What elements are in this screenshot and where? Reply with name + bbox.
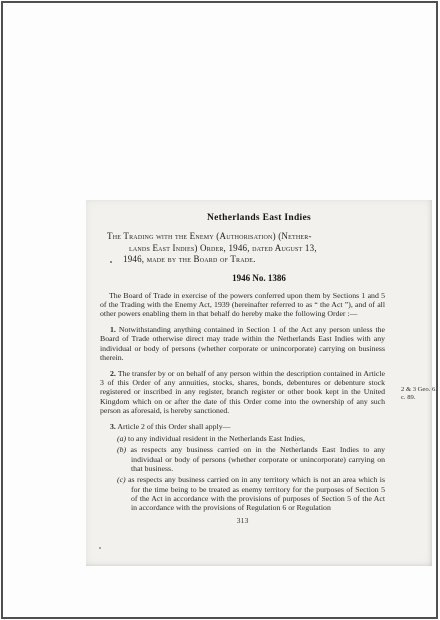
clause-3-text: Article 2 of this Order shall apply— [117, 422, 230, 431]
clause-2-text: The transfer by or on behalf of any pers… [100, 369, 385, 415]
order-long-title-line-1: The Trading with the Enemy (Authorisatio… [86, 231, 432, 243]
statute-margin-note-line-2: c. 89. [401, 394, 440, 402]
clause-3-item-b-text: as respects any business carried on in t… [131, 445, 386, 472]
scan-artifact-speck [99, 547, 101, 549]
clause-1-number: 1. [110, 325, 116, 334]
clause-3-item-a-text: to any individual resident in the Nether… [128, 434, 305, 443]
clause-2: 2. The transfer by or on behalf of any p… [100, 369, 385, 415]
clause-3-item-c-text: as respects any business carried on in a… [128, 475, 385, 512]
clause-3-item-c-label: (c) [117, 475, 126, 484]
document-title: Netherlands East Indies [86, 213, 432, 223]
scan-artifact-speck [296, 443, 297, 444]
page-number: 313 [100, 516, 385, 525]
clause-3-item-b-label: (b) [117, 445, 126, 454]
clause-3-item-a: (a) to any individual resident in the Ne… [117, 434, 385, 443]
clause-3-item-c: (c) as respects any business carried on … [117, 475, 385, 512]
clause-1-text: Notwithstanding anything contained in Se… [100, 325, 385, 362]
order-long-title: The Trading with the Enemy (Authorisatio… [86, 231, 432, 266]
document-body: 2 & 3 Geo. 6. c. 89. The Board of Trade … [100, 291, 385, 513]
clause-3-item-b: (b) as respects any business carried on … [117, 445, 385, 473]
order-long-title-line-2: lands East Indies) Order, 1946, dated Au… [86, 243, 432, 255]
order-long-title-line-3: 1946, made by the Board of Trade. [86, 254, 432, 266]
statute-margin-note: 2 & 3 Geo. 6. c. 89. [401, 386, 440, 402]
statute-margin-note-line-1: 2 & 3 Geo. 6. [401, 386, 440, 394]
clause-3-number: 3. [110, 422, 116, 431]
clause-1: 1. Notwithstanding anything contained in… [100, 325, 385, 362]
preamble-paragraph: The Board of Trade in exercise of the po… [100, 291, 385, 319]
scanned-document-view: Netherlands East Indies The Trading with… [0, 0, 440, 620]
order-number: 1946 No. 1386 [86, 273, 432, 283]
document-page: Netherlands East Indies The Trading with… [86, 200, 432, 566]
clause-3: 3. Article 2 of this Order shall apply— [100, 422, 385, 431]
clause-2-number: 2. [110, 369, 116, 378]
clause-3-item-a-label: (a) [117, 434, 126, 443]
